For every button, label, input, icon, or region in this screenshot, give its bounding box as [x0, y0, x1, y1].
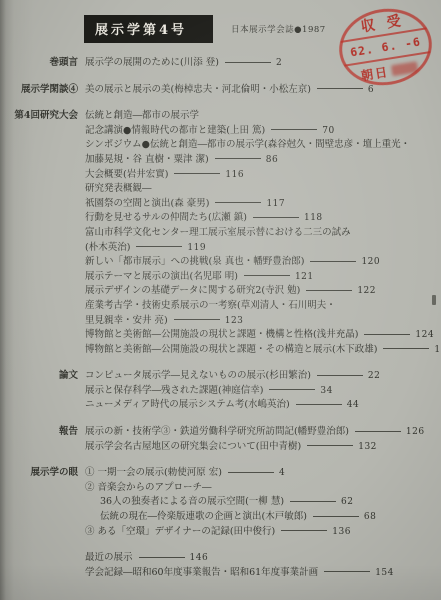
- toc-entry-page-number: 6: [368, 85, 374, 95]
- toc-section: 第4回研究大会伝統と創造―都市の展示学記念講演●情報時代の都市と建築(上田 篤)…: [0, 109, 441, 357]
- toc-entry-page-number: 124: [415, 330, 434, 340]
- toc-section-body: 展示の新・技術学③・鉄道労働科学研究所訪問記(幡野豊治郎)126展示学会名古屋地…: [85, 425, 441, 454]
- toc-entry-page-number: 132: [358, 442, 377, 452]
- toc-entry-page-number: 44: [347, 400, 359, 410]
- leader-line: [215, 157, 261, 159]
- toc-entry-title: 美の展示と展示の美(梅棹忠夫・河北倫明・小松左京): [85, 84, 311, 95]
- toc-entry-title: 産業考古学・技術史系展示の一考察(草刈清人・石川明夫・: [85, 300, 336, 311]
- toc-entry-page-number: 117: [266, 199, 285, 209]
- leader-line: [136, 245, 182, 247]
- leader-line: [271, 128, 317, 130]
- leader-line: [244, 274, 290, 276]
- toc-entry-page-number: 62: [341, 497, 353, 507]
- leader-line: [364, 333, 410, 335]
- toc-entry-page-number: 154: [375, 568, 394, 578]
- leader-line: [253, 216, 299, 218]
- leader-line: [383, 347, 429, 349]
- page-edge-mark: [432, 295, 436, 305]
- leader-line: [324, 570, 370, 572]
- toc-entry-title: 学会記録―昭和60年度事業報告・昭和61年度事業計画: [85, 567, 318, 578]
- toc-section-label: 展示学の眼: [0, 466, 85, 539]
- toc-entry-page-number: 22: [368, 371, 380, 381]
- toc-section-body: 伝統と創造―都市の展示学記念講演●情報時代の都市と建築(上田 篤)70シンポジウ…: [85, 109, 441, 357]
- toc-entry-title: ② 音楽会からのアプローチ―: [85, 482, 212, 493]
- toc-entry: 最近の展示146: [85, 551, 441, 566]
- journal-subtitle: 日本展示学会誌●1987: [231, 23, 326, 35]
- toc-entry-page-number: 120: [361, 257, 380, 267]
- toc-entry-page-number: 126: [406, 427, 425, 437]
- leader-line: [307, 444, 353, 446]
- toc-entry: 新しい「都市展示」への挑戦(泉 真也・幡野豊治郎)120: [85, 255, 441, 270]
- scanned-toc-page: 展示学第4号 日本展示学会誌●1987 収受 62. 6. -6 朝日 巻頭言展…: [0, 0, 441, 600]
- toc-entry-title: シンポジウム●伝統と創造―都市の展示学(森谷尅久・間壁忠彦・壇上重光・: [85, 139, 410, 150]
- toc-entry: 36人の独奏者による音の展示空間(一柳 慧)62: [85, 495, 441, 510]
- toc-entry: 行動を見せるサルの仲間たち(広瀬 鎮)118: [85, 211, 441, 226]
- toc-section-label: 巻頭言: [0, 56, 85, 71]
- toc-entry-page-number: 121: [295, 272, 314, 282]
- toc-entry-page-number: 123: [225, 316, 244, 326]
- leader-line: [174, 172, 220, 174]
- toc-entry: 博物館と美術館―公開施設の現状と課題・機構と性格(浅井充晶)124: [85, 328, 441, 343]
- toc-entry: 展示デザインの基礎データに関する研究2(寺沢 勉)122: [85, 284, 441, 299]
- toc-entry-title: コンピュータ展示学―見えないものの展示(杉田繁治): [85, 370, 311, 381]
- toc-section-label: 論文: [0, 369, 85, 413]
- toc-entry-page-number: 146: [190, 553, 209, 563]
- toc-entry: ③ ある「空環」デザイナーの記録(田中俊行)136: [85, 525, 441, 540]
- journal-header: 展示学第4号 日本展示学会誌●1987: [84, 15, 326, 43]
- toc-entry: 大会概要(岩井宏實)116: [85, 168, 441, 183]
- toc-entry-title: 展示テーマと展示の演出(名児耶 明): [85, 271, 238, 282]
- leader-line: [281, 529, 327, 531]
- toc-entry-title: 大会概要(岩井宏實): [85, 169, 168, 180]
- toc-entry: 富山市科学文化センター理工展示室展示替における二三の試み: [85, 226, 441, 241]
- toc-entry: 博物館と美術館―公開施設の現状と課題・その構造と展示(木下政雄)125: [85, 343, 441, 358]
- toc-entry-title: 伝統の現在―伶楽版連歌の企画と演出(木戸敏郎): [100, 511, 307, 522]
- toc-entry-page-number: 68: [364, 512, 376, 522]
- toc-section-label: 展示学閑談④: [0, 83, 85, 98]
- toc-entry-page-number: 122: [357, 286, 376, 296]
- leader-line: [139, 556, 185, 558]
- toc-entry-title: 記念講演●情報時代の都市と建築(上田 篤): [85, 125, 265, 136]
- toc-entry-title: ニューメディア時代の展示システム考(水嶋英治): [85, 399, 290, 410]
- toc-entry-page-number: 116: [225, 170, 244, 180]
- leader-line: [317, 374, 363, 376]
- toc-entry: 祇園祭の空間と演出(森 豪男)117: [85, 197, 441, 212]
- leader-line: [228, 471, 274, 473]
- leader-line: [215, 201, 261, 203]
- toc-section-label: 第4回研究大会: [0, 109, 85, 357]
- toc-entry: ① 一期一会の展示(勅使河原 宏)4: [85, 466, 441, 481]
- leader-line: [225, 61, 271, 63]
- toc-entry: 加藤晃規・谷 直樹・粟津 潔)86: [85, 153, 441, 168]
- table-of-contents: 巻頭言展示学の展開のために(川添 登)2展示学閑談④美の展示と展示の美(梅棹忠夫…: [0, 56, 441, 592]
- toc-entry: (朴木英治)119: [85, 241, 441, 256]
- toc-entry-title: 新しい「都市展示」への挑戦(泉 真也・幡野豊治郎): [85, 256, 304, 267]
- toc-entry-title: 伝統と創造―都市の展示学: [85, 110, 199, 121]
- toc-entry-page-number: 34: [320, 386, 332, 396]
- toc-entry-page-number: 2: [276, 58, 282, 68]
- toc-entry-title: 富山市科学文化センター理工展示室展示替における二三の試み: [85, 227, 351, 238]
- toc-entry: 展示学会名古屋地区の研究集会について(田中青樹)132: [85, 440, 441, 455]
- toc-entry-title: (朴木英治): [85, 242, 130, 253]
- leader-line: [306, 289, 352, 291]
- toc-entry-title: 展示の新・技術学③・鉄道労働科学研究所訪問記(幡野豊治郎): [85, 426, 349, 437]
- toc-entry: ニューメディア時代の展示システム考(水嶋英治)44: [85, 398, 441, 413]
- toc-section: 報告展示の新・技術学③・鉄道労働科学研究所訪問記(幡野豊治郎)126展示学会名古…: [0, 425, 441, 454]
- leader-line: [313, 515, 359, 517]
- toc-entry: シンポジウム●伝統と創造―都市の展示学(森谷尅久・間壁忠彦・壇上重光・: [85, 138, 441, 153]
- toc-entry-title: 展示学の展開のために(川添 登): [85, 57, 219, 68]
- toc-entry: ② 音楽会からのアプローチ―: [85, 481, 441, 496]
- toc-entry-title: 研究発表概観―: [85, 183, 152, 194]
- toc-entry: 研究発表概観―: [85, 182, 441, 197]
- toc-entry-page-number: 86: [266, 155, 278, 165]
- toc-entry: 展示テーマと展示の演出(名児耶 明)121: [85, 270, 441, 285]
- toc-entry: 記念講演●情報時代の都市と建築(上田 篤)70: [85, 124, 441, 139]
- leader-line: [296, 403, 342, 405]
- toc-entry-title: 里見親幸・安井 亮): [85, 315, 168, 326]
- toc-entry: 展示と保存科学―残された課題(神庭信幸)34: [85, 384, 441, 399]
- leader-line: [174, 318, 220, 320]
- leader-line: [310, 260, 356, 262]
- toc-entry-title: 36人の独奏者による音の展示空間(一柳 慧): [100, 496, 284, 507]
- toc-section: 最近の展示146学会記録―昭和60年度事業報告・昭和61年度事業計画154: [0, 551, 441, 580]
- toc-entry: コンピュータ展示学―見えないものの展示(杉田繁治)22: [85, 369, 441, 384]
- toc-entry-page-number: 118: [304, 213, 323, 223]
- journal-title-box: 展示学第4号: [84, 15, 213, 43]
- toc-entry-title: ① 一期一会の展示(勅使河原 宏): [85, 467, 222, 478]
- leader-line: [317, 87, 363, 89]
- leader-line: [269, 388, 315, 390]
- toc-entry-page-number: 119: [187, 243, 206, 253]
- stamp-ink-smudge: [391, 61, 418, 76]
- toc-section-body: コンピュータ展示学―見えないものの展示(杉田繁治)22展示と保存科学―残された課…: [85, 369, 441, 413]
- toc-entry-title: 行動を見せるサルの仲間たち(広瀬 鎮): [85, 212, 247, 223]
- toc-section-body: 最近の展示146学会記録―昭和60年度事業報告・昭和61年度事業計画154: [85, 551, 441, 580]
- toc-section-label: [0, 551, 85, 580]
- leader-line: [355, 430, 401, 432]
- toc-entry-title: 展示と保存科学―残された課題(神庭信幸): [85, 385, 263, 396]
- toc-section-body: ① 一期一会の展示(勅使河原 宏)4② 音楽会からのアプローチ―36人の独奏者に…: [85, 466, 441, 539]
- toc-entry-title: 展示デザインの基礎データに関する研究2(寺沢 勉): [85, 285, 300, 296]
- toc-entry-title: 加藤晃規・谷 直樹・粟津 潔): [85, 154, 209, 165]
- toc-entry-title: 博物館と美術館―公開施設の現状と課題・その構造と展示(木下政雄): [85, 344, 377, 355]
- toc-entry: 産業考古学・技術史系展示の一考察(草刈清人・石川明夫・: [85, 299, 441, 314]
- toc-entry-title: ③ ある「空環」デザイナーの記録(田中俊行): [85, 526, 275, 537]
- toc-entry-title: 博物館と美術館―公開施設の現状と課題・機構と性格(浅井充晶): [85, 329, 358, 340]
- toc-entry-page-number: 4: [279, 468, 285, 478]
- toc-entry-page-number: 125: [434, 345, 441, 355]
- toc-entry: 伝統の現在―伶楽版連歌の企画と演出(木戸敏郎)68: [85, 510, 441, 525]
- toc-section: 論文コンピュータ展示学―見えないものの展示(杉田繁治)22展示と保存科学―残され…: [0, 369, 441, 413]
- toc-entry-title: 祇園祭の空間と演出(森 豪男): [85, 198, 209, 209]
- toc-entry: 展示の新・技術学③・鉄道労働科学研究所訪問記(幡野豊治郎)126: [85, 425, 441, 440]
- toc-section-label: 報告: [0, 425, 85, 454]
- leader-line: [290, 500, 336, 502]
- toc-entry-title: 最近の展示: [85, 552, 133, 563]
- toc-entry: 伝統と創造―都市の展示学: [85, 109, 441, 124]
- toc-section: 展示学の眼① 一期一会の展示(勅使河原 宏)4② 音楽会からのアプローチ―36人…: [0, 466, 441, 539]
- toc-entry-title: 展示学会名古屋地区の研究集会について(田中青樹): [85, 441, 301, 452]
- toc-entry-page-number: 70: [322, 126, 334, 136]
- toc-entry-page-number: 136: [332, 527, 351, 537]
- toc-entry: 里見親幸・安井 亮)123: [85, 314, 441, 329]
- toc-entry: 学会記録―昭和60年度事業報告・昭和61年度事業計画154: [85, 566, 441, 581]
